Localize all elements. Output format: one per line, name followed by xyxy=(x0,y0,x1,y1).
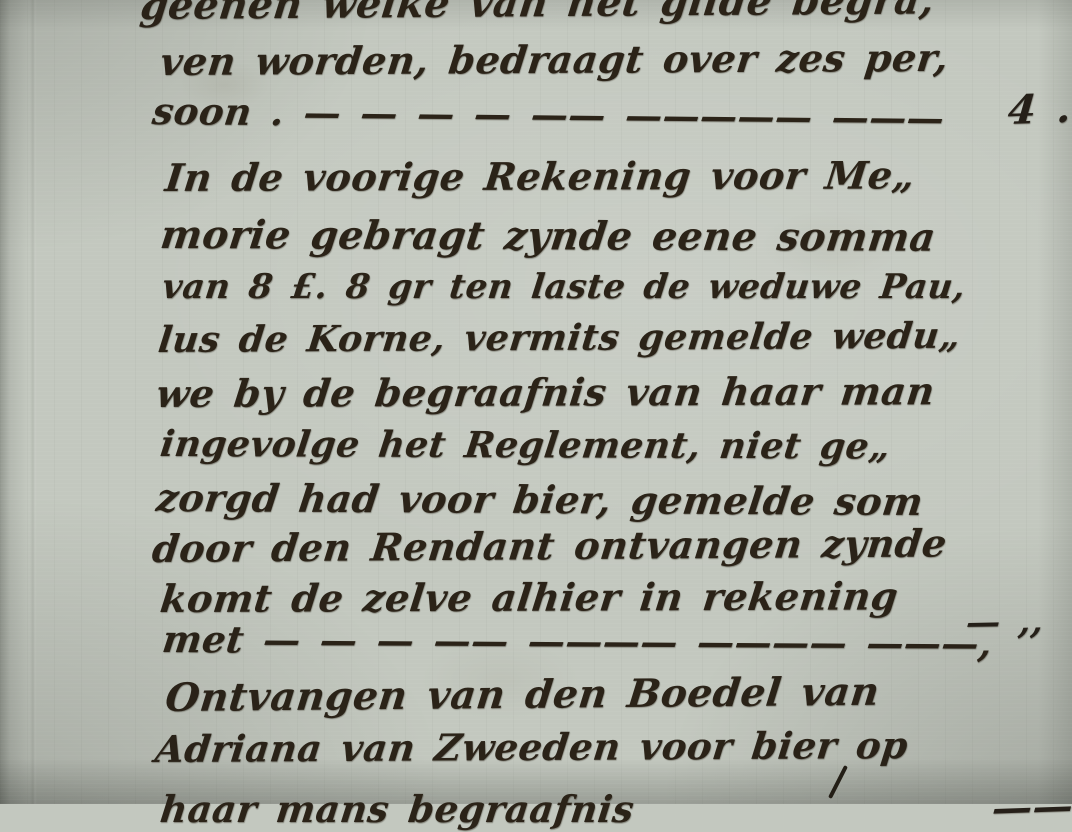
manuscript-photo: geenen welke van het gilde begra, ven wo… xyxy=(0,0,1072,804)
manuscript-line: In de voorige Rekening voor Me„ xyxy=(163,153,918,199)
manuscript-line: lus de Korne, vermits gemelde wedu„ xyxy=(156,316,963,362)
manuscript-line: met — — — —— ———— ———— ———, xyxy=(160,618,995,665)
manuscript-line: ven worden, bedraagt over zes per, xyxy=(158,36,951,84)
margin-amount: 4 .. xyxy=(1006,85,1072,134)
manuscript-line: ingevolge het Reglement, niet ge„ xyxy=(158,424,893,468)
manuscript-line: soon . — — — — —— ————— ——— xyxy=(150,90,947,139)
manuscript-line-partial: haar mans begraafnis xyxy=(158,788,637,804)
margin-amount: — ,, xyxy=(964,603,1046,643)
manuscript-line: komt de zelve alhier in rekening xyxy=(158,574,901,620)
margin-amount-cut: —— xyxy=(990,783,1072,804)
paper-crease xyxy=(30,0,37,804)
manuscript-line: morie gebragt zynde eene somma xyxy=(158,213,938,261)
manuscript-line: we by de begraafnis van haar man xyxy=(154,369,937,415)
manuscript-line: Ontvangen van den Boedel van xyxy=(163,670,882,721)
manuscript-line: door den Rendant ontvangen zynde xyxy=(150,521,949,570)
manuscript-line: van 8 £. 8 gr ten laste de weduwe Pau, xyxy=(160,268,968,307)
manuscript-line: zorgd had voor bier, gemelde som xyxy=(154,476,926,524)
manuscript-line: Adriana van Zweeden voor bier op xyxy=(153,724,910,770)
